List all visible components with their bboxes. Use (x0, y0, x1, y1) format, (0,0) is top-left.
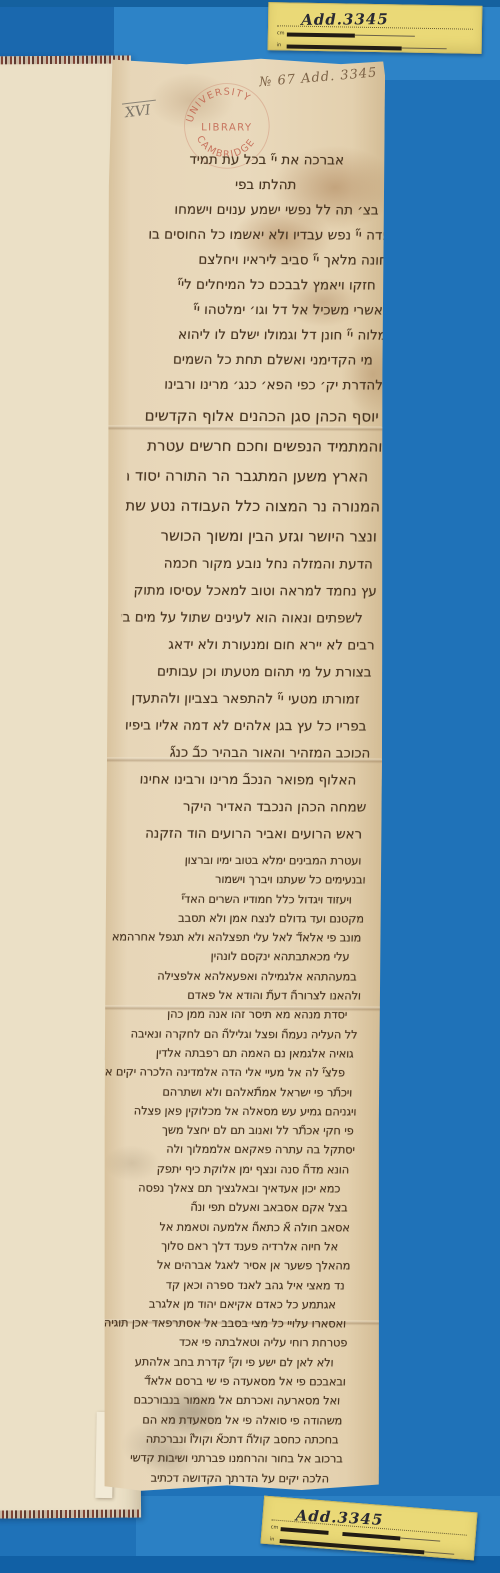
manuscript-line: כמא יכון אעדאיך ובאלגציך תם צאלך נפסה (99, 1178, 341, 1198)
stamp-middle-text: LIBRARY (201, 122, 252, 133)
scale-unit-cm: cm (271, 1525, 281, 1531)
blue-background-shade (0, 0, 114, 62)
manuscript-line: ויגניהם גמיע עש מסאלה אל מכלוקין פאן פצל… (102, 1101, 357, 1121)
manuscript-line: ועטרת המבינים ימלא בטוב ימיו וברצון (112, 850, 362, 870)
manuscript-line: שמחה הכהן הנכבד האדיר היקר (114, 793, 367, 821)
manuscript-line: רבים לא יירא חום ומנעורת ולא ידאג (120, 631, 375, 659)
manuscript-line: ויכת֞ר פי ישראל אמת֞אלהם ולא ושתרהם (103, 1082, 353, 1102)
manuscript-line: מי הקדימני ואשלם תחת כל השמים (131, 348, 373, 374)
scale-bar (287, 32, 355, 37)
folio-size-mark: XVI (122, 100, 157, 122)
background-bottom-edge (0, 1556, 500, 1573)
scale-unit-cm: cm (277, 31, 287, 36)
manuscript-line: הלכה יקים על הדרתך הקדושה דכתיב (88, 1468, 330, 1488)
manuscript-line: ראש הרועים ואביר הרועים הוד הזקנה (113, 820, 363, 848)
manuscript-line: תהלתו בפי (138, 173, 393, 199)
manuscript-line: ויעזוד ויגדול כלל חמודיו השרים האדי֞ (110, 889, 352, 909)
manuscript-line: הארץ משען המתגבר הר התורה יסוד השכל (127, 460, 369, 491)
scale-bar (287, 44, 402, 50)
manuscript-line: לשפתים ונאוה הוא לעינים שתול על מים בשנת (121, 604, 363, 632)
manuscript-line: ברכוב אל בחור והרחמנו פברתני ושיבות קדשי (88, 1449, 343, 1469)
label-ruled-line: Add.3345 (277, 7, 473, 29)
manuscript-line: הונא מדה֞ סנה ונצף ימן אלוקת כיף יתפק (100, 1159, 350, 1179)
manuscript-line: ואסארו עלויי כל מצי בסבב אל אסתרפאד אכן … (94, 1313, 347, 1333)
manuscript-line: חונה מלאך יי֞ סביב ליראיו ויחלצם (135, 248, 388, 274)
manuscript-line: ואל מסארעה ואכרתם אל מאמור בנבורכבם (91, 1391, 341, 1411)
manuscript-line: ובאבכם פי אל מסאעדה פי שי ברסם אלאד֞ (91, 1371, 346, 1391)
manuscript-line: משהודה פי סואלה פי אל מסאעדת מא הם (90, 1410, 343, 1430)
scale-bar (402, 47, 447, 49)
scale-bar (424, 1551, 454, 1555)
scale-bar-gap (328, 1530, 342, 1535)
manuscript-line: גואיה אלגמאן נם האמה תם רפבתה אלדין (104, 1043, 354, 1063)
svg-text:UNIVERSITY: UNIVERSITY (185, 86, 253, 124)
manuscript-line: להדרת יק׳ כפי הפא׳ כנג׳ מרינו ורבינו (130, 373, 383, 399)
manuscript-line: חזקו ויאמץ לבבכם כל המיחלים ליי֞ (134, 273, 376, 299)
manuscript-line: המנורה נר המצוה כלל העבודה נטע שתול (126, 490, 381, 521)
manuscript-line: יוסף הכהן סגן הכהנים אלוף הקדשים (129, 401, 379, 432)
manuscript-line: הכוכב המזהיר והאור הבהיר כב֞ כנג֞ (116, 739, 371, 767)
manuscript-line: אשרי משכיל אל דל וגו׳ ימלטהו יי֞ (133, 298, 383, 324)
manuscript-text: אברכה את יי֞ בכל עת תמידתהלתו בפיבצ׳ תה … (87, 148, 394, 1491)
manuscript-line: אברכה את יי֞ בכל עת תמיד (139, 148, 394, 174)
stamp-top-text: UNIVERSITY (185, 86, 253, 124)
manuscript-section-judeo-arabic-body: ועטרת המבינים ימלא בטוב ימיו וברצוןובנעי… (88, 850, 367, 1488)
scale-unit-in: in (277, 43, 287, 48)
manuscript-line: ולא לאן לם ישע פי וקי֞ קדרת בחב אלהתע (92, 1352, 334, 1372)
manuscript-line: פלצי֞ לה אל מעיי אלי הדה אלמדינה הלכרה י… (103, 1063, 345, 1083)
scale-bar (281, 1527, 329, 1535)
manuscript-line: לל העליה נעמה֞ ופצל וגלילה֞ הם לחקרה ונא… (105, 1024, 358, 1044)
manuscript-line: בחכתה כחסב קולה֞ דתכא֞ וקולו֞ ונברכתה (89, 1429, 339, 1449)
manuscript-line: יסדת מנהא מא תיסר זהו אנה ממן כהן (106, 1005, 348, 1025)
manuscript-line: בצ׳ תה לל נפשי ישמע ענוים וישמחו (137, 198, 379, 224)
scale-row-cm: cm (277, 29, 473, 41)
scale-bar (355, 34, 415, 37)
scale-bar (342, 1531, 400, 1540)
manuscript-line: אסאב חולה א֞ כתאה֞ אלמעה וטאמת אל (97, 1217, 350, 1237)
manuscript-line: ונצר היושר וגזע הבין ומשוך הכושר (124, 520, 377, 551)
scale-bar (400, 1537, 440, 1542)
manuscript-line: פדה יי֞ נפש עבדיו ולא יאשמו כל החוסים בו (136, 223, 391, 249)
manuscript-line: והמתמיד הנפשים וחכם חרשים עטרת (128, 430, 383, 461)
manuscript-line: אל חיוה אלרדיה פענד דלך ראם סלוך (97, 1236, 339, 1256)
manuscript-line: מהאלך פשער אן אסיר לאגל אברהים אל (96, 1256, 351, 1276)
manuscript-line: פטרחת רוחי עליה וטאלבתה פי אכד (93, 1333, 348, 1353)
manuscript-line: האלוף מפואר הנכב֞ מרינו ורבינו אחינו (115, 766, 357, 794)
manuscript-section-opening-psalms: אברכה את יי֞ בכל עת תמידתהלתו בפיבצ׳ תה … (130, 148, 394, 399)
catalog-handwriting: № 67 Add. 3345 (258, 65, 377, 90)
manuscript-line: ובנעימים כל שעתנו ויברך וישמור (111, 870, 366, 890)
manuscript-scroll: № 67 Add. 3345 XVI UNIVERSITY LIBRARY CA… (103, 57, 385, 1494)
manuscript-line: בצורת על מי תהום מטעתו וכן עבותים (119, 658, 372, 686)
manuscript-line: מונב פי אלאד֞ לאל עלי תפצלהא ולא תגפל אח… (109, 928, 362, 948)
manuscript-line: הדעת והמזלה נחל נובע מקור חכמה (123, 550, 373, 578)
manuscript-line: מלוה יי֞ חונן דל וגמולו ישלם לו ליהוא (132, 323, 387, 349)
manuscript-line: עלי מכאתבתהא ינקסם לונהין (108, 947, 350, 967)
manuscript-line: במעהתהא אלגמילה ואפעאלהא אלפצילה (107, 966, 357, 986)
manuscript-line: מקטנם ועד גדולם לנצח אמן ולא תסבב (110, 908, 365, 928)
manuscript-line: עץ נחמד למראה וטוב למאכל עסיסו מתוק (122, 577, 377, 605)
scale-unit-in: in (270, 1537, 280, 1543)
manuscript-line: זמורתו מטעי יי֞ להתפאר בצביון ולהתעדן (118, 685, 360, 713)
manuscript-line: ולהאנו לצרורה֞ דעת֞ והודא אל פאדם (106, 985, 361, 1005)
manuscript-line: בפריו כל עץ בגן אלהים לא דמה אליו ביפיו (117, 712, 367, 740)
manuscript-line: פי חקי אכת֞ר לל ואנוב תם לם יחצל משך (101, 1121, 354, 1141)
manuscript-line: נד מאצי איל גהב לאנד ספרה וכאן קד (95, 1275, 345, 1295)
manuscript-section-praise-poem: הדעת והמזלה נחל נובע מקור חכמהעץ נחמד למ… (113, 550, 379, 848)
manuscript-section-honorific-titles: יוסף הכהן סגן הכהנים אלוף הקדשיםוהמתמיד … (124, 401, 384, 552)
label-shelfmark-handwriting: Add.3345 (301, 10, 389, 29)
manuscript-line: אגתמע כל כאדם אקיאם יהוד מן אלגרב (94, 1294, 336, 1314)
manuscript-line: בצל אקם אסבאב ואעלם תפי ונה֞ (98, 1198, 348, 1218)
manuscript-line: יסתקל בה עתרה פאקאם אלממלוך ולה (100, 1140, 355, 1160)
shelfmark-label-top: Add.3345 cm in (268, 2, 483, 54)
